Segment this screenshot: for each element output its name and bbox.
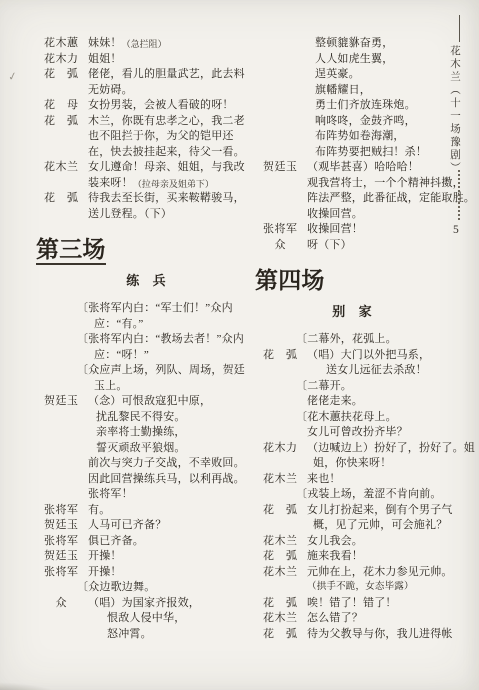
- dialogue-line: 响咚咚，金鼓齐鸣，: [263, 114, 455, 130]
- dialogue-line: 布阵势如卷海潮，: [263, 129, 455, 145]
- stage-direction: 〔二幕外，花弧上。: [263, 332, 455, 348]
- dialogue-line: 布阵势要把贼扫！杀！: [263, 145, 455, 161]
- speaker-name: 贺廷玉: [44, 518, 88, 534]
- speaker-name: 花 弧: [263, 596, 307, 612]
- speaker-name: 花木兰: [263, 565, 307, 581]
- line-text: （唱）大门以外把马系，: [307, 349, 430, 361]
- stage-direction: 〔众应声上场，列队、周场，贺廷: [44, 363, 262, 379]
- line-text: 旗幡耀日，: [315, 84, 371, 96]
- speaker-name: 花 弧: [44, 191, 88, 207]
- line-text: 〔众应声上场，列队、周场，贺廷: [77, 364, 245, 376]
- line-text: 〔二幕外，花弧上。: [296, 333, 397, 345]
- scene-subtitle: 练 兵: [44, 270, 248, 292]
- dialogue-line: 贺廷玉（观毕甚喜）哈哈哈！: [263, 160, 455, 176]
- line-text: 佬佬，看儿的胆量武艺，此去料: [88, 68, 245, 80]
- line-text: 也不阻拦于你，为父的铠甲还: [88, 130, 234, 142]
- line-text: 人马可已齐备？: [88, 519, 166, 531]
- line-text: 装来呀！: [88, 177, 133, 189]
- dialogue-line: 花 弧待我去至长街，买来鞍鞯骏马，: [44, 191, 262, 207]
- scene-heading: 第三场: [36, 235, 262, 265]
- line-text: 观我营将士，一个个精神抖擞，: [307, 177, 464, 189]
- speaker-name: 贺廷玉: [44, 394, 88, 410]
- dialogue-line: 花木兰女儿遵命！母亲、姐姐，与我改: [44, 160, 262, 176]
- scene-subtitle: 别 家: [263, 301, 441, 323]
- line-text: （念）可恨敌寇犯中原，: [88, 395, 211, 407]
- line-text: 练 兵: [126, 273, 166, 288]
- speaker-name: 花木兰: [263, 534, 307, 550]
- dialogue-line: 在，快去披挂起来，待父一看。: [44, 145, 262, 161]
- dialogue-line: 逞英豪。: [263, 67, 455, 83]
- dialogue-line: 贺廷玉（念）可恨敌寇犯中原，: [44, 394, 262, 410]
- stage-direction: 〔二幕开。: [263, 379, 455, 395]
- speaker-name: 贺廷玉: [263, 160, 307, 176]
- line-text: （拱手不跪，女态毕露）: [307, 582, 414, 592]
- stage-direction: 姐，你快来呀！: [263, 456, 455, 472]
- line-text: 恨敌人侵中华，: [107, 612, 185, 624]
- speaker-name: 花木兰: [44, 160, 88, 176]
- dialogue-line: 张将军开操！: [44, 565, 262, 581]
- speaker-name: 众: [44, 596, 88, 612]
- dialogue-line: 贺廷玉人马可已齐备？: [44, 518, 262, 534]
- line-text: 待为父教导与你，我儿进得帐: [307, 628, 453, 640]
- dialogue-line: 恨敌人侵中华，: [44, 611, 262, 627]
- line-text: 无妨碍。: [88, 84, 133, 96]
- dialogue-line: 也不阻拦于你，为父的铠甲还: [44, 129, 262, 145]
- line-text: 送儿登程。（下）: [88, 208, 172, 220]
- speaker-name: 花 弧: [263, 348, 307, 364]
- dialogue-line: 花 母女扮男装，会被人看破的呀！: [44, 98, 262, 114]
- line-text: 〔张将军内白：“教场去者！”众内: [77, 333, 244, 345]
- line-text: 别 家: [332, 304, 372, 319]
- line-text: 誓灭顽敌平狼烟。: [96, 442, 186, 454]
- scene-heading: 第四场: [255, 266, 455, 296]
- line-text: 应：“呀！”: [94, 349, 149, 361]
- line-text: 第四场: [255, 268, 325, 293]
- line-text: 前次与突力子交战，不幸败回。: [88, 457, 245, 469]
- dialogue-line: 阵法严整，此番征战，定能取胜。: [263, 191, 455, 207]
- line-text: 布阵势要把贼扫！杀！: [315, 146, 427, 158]
- speaker-name: 张将军: [263, 222, 307, 238]
- line-text: 施来我看！: [307, 550, 363, 562]
- dialogue-line: 花 弧佬佬，看儿的胆量武艺，此去料: [44, 67, 262, 83]
- dialogue-line: 花木蕙妹妹！（急拦阻）: [44, 36, 262, 52]
- right-column: 整顿貔貅奋勇，人人如虎生翼，逞英豪。旗幡耀日，勇士们齐放连珠炮。响咚咚，金鼓齐鸣…: [263, 36, 455, 642]
- dialogue-line: 花木兰元帅在上，花木力参见元帅。: [263, 565, 455, 581]
- line-text: 整顿貔貅奋勇，: [315, 37, 393, 49]
- line-text: 元帅在上，花木力参见元帅。: [307, 566, 453, 578]
- dialogue-line: 花 弧女儿打扮起来，倒有个男子气: [263, 503, 455, 519]
- dialogue-line: 扰乱黎民不得安。: [44, 410, 262, 426]
- line-text: 逞英豪。: [315, 68, 360, 80]
- speaker-name: 花木兰: [263, 611, 307, 627]
- line-text: 女扮男装，会被人看破的呀！: [88, 99, 234, 111]
- speaker-name: 花木蕙: [44, 36, 88, 52]
- speaker-name: 张将军: [44, 503, 88, 519]
- line-text: 亲率将士勤操练，: [96, 426, 186, 438]
- line-text: 第三场: [36, 237, 106, 265]
- stage-direction: 概，见了元帅，可会施礼？: [263, 518, 455, 534]
- stage-note: （急拦阻）: [122, 39, 167, 49]
- speaker-name: 花 弧: [263, 503, 307, 519]
- speaker-name: 花木力: [44, 52, 88, 68]
- dialogue-line: 送女儿远征去杀敌！: [263, 363, 455, 379]
- line-text: 阵法严整，此番征战，定能取胜。: [307, 192, 475, 204]
- dialogue-line: 怒冲霄。: [44, 627, 262, 643]
- line-text: 人人如虎生翼，: [315, 53, 393, 65]
- line-text: 收操回营。: [307, 208, 363, 220]
- line-text: 有。: [88, 504, 110, 516]
- dialogue-line: 人人如虎生翼，: [263, 52, 455, 68]
- left-column: 花木蕙妹妹！（急拦阻）花木力姐姐！花 弧佬佬，看儿的胆量武艺，此去料无妨碍。花 …: [44, 36, 262, 642]
- line-text: 怒冲霄。: [107, 628, 152, 640]
- line-text: 姐姐！: [88, 53, 122, 65]
- page-number: 5: [453, 224, 459, 236]
- speaker-name: 花木兰: [263, 472, 307, 488]
- speaker-name: 花 弧: [263, 549, 307, 565]
- line-text: （唱）为国家齐报效，: [88, 597, 200, 609]
- speaker-name: 花 弧: [263, 627, 307, 643]
- stage-direction: 应：“呀！”: [44, 348, 262, 364]
- speaker-name: 花 弧: [44, 114, 88, 130]
- dialogue-line: 张将军俱已齐备。: [44, 534, 262, 550]
- stage-note-line: （拱手不跪，女态毕露）: [263, 580, 455, 596]
- line-text: 女儿打扮起来，倒有个男子气: [307, 504, 453, 516]
- dialogue-line: 女儿可曾改扮齐毕？: [263, 425, 455, 441]
- dialogue-line: 花 弧待为父教导与你，我儿进得帐: [263, 627, 455, 643]
- sidebar-running-title: 花木兰（十一场豫剧）: [447, 45, 462, 175]
- dialogue-line: 张将军！: [44, 487, 262, 503]
- line-text: 在，快去披挂起来，待父一看。: [88, 146, 245, 158]
- dotted-leader: [458, 170, 460, 220]
- stage-direction: 〔花木蕙扶花母上。: [263, 410, 455, 426]
- speaker-name: 众: [263, 238, 307, 254]
- line-text: 俱已齐备。: [88, 535, 144, 547]
- dialogue-line: 无妨碍。: [44, 83, 262, 99]
- line-text: 响咚咚，金鼓齐鸣，: [315, 115, 416, 127]
- speaker-name: 张将军: [44, 565, 88, 581]
- line-text: 姐，你快来呀！: [313, 457, 391, 469]
- margin-rule: [459, 15, 460, 42]
- dialogue-line: 花 弧施来我看！: [263, 549, 455, 565]
- line-text: 〔众边歌边舞。: [77, 581, 155, 593]
- line-text: 来也！: [307, 473, 341, 485]
- line-text: 待我去至长街，买来鞍鞯骏马，: [88, 192, 245, 204]
- line-text: 开操！: [88, 566, 122, 578]
- dialogue-line: 前次与突力子交战，不幸败回。: [44, 456, 262, 472]
- dialogue-line: 佬佬走来。: [263, 394, 455, 410]
- line-text: （边喊边上）扮好了，扮好了。姐: [307, 442, 475, 454]
- line-text: 〔张将军内白：“军士们！”众内: [77, 302, 233, 314]
- line-text: 扰乱黎民不得安。: [96, 411, 186, 423]
- stage-direction: 〔张将军内白：“教场去者！”众内: [44, 332, 262, 348]
- line-text: 木兰，你既有忠孝之心，我二老: [88, 115, 245, 127]
- line-text: 唉！错了！错了！: [307, 597, 397, 609]
- line-text: 开操！: [88, 550, 122, 562]
- dialogue-line: 张将军收操回营！: [263, 222, 455, 238]
- line-text: 佬佬走来。: [307, 395, 363, 407]
- dialogue-line: 旗幡耀日，: [263, 83, 455, 99]
- dialogue-line: 花木兰来也！: [263, 472, 455, 488]
- line-text: 〔戎装上场，羞涩不肯向前。: [296, 488, 442, 500]
- speaker-name: 花 弧: [44, 67, 88, 83]
- scan-smudge: [0, 682, 64, 690]
- dialogue-line: 花木兰怎么错了？: [263, 611, 455, 627]
- dialogue-line: 张将军有。: [44, 503, 262, 519]
- line-text: 妹妹！: [88, 37, 122, 49]
- speaker-name: 花 母: [44, 98, 88, 114]
- speaker-name: 贺廷玉: [44, 549, 88, 565]
- line-text: 收操回营！: [307, 223, 363, 235]
- book-page: ✓ 花木蕙妹妹！（急拦阻）花木力姐姐！花 弧佬佬，看儿的胆量武艺，此去料无妨碍。…: [0, 0, 479, 690]
- dialogue-line: 花 弧木兰，你既有忠孝之心，我二老: [44, 114, 262, 130]
- dialogue-line: 誓灭顽敌平狼烟。: [44, 441, 262, 457]
- line-text: 女儿可曾改扮齐毕？: [307, 426, 408, 438]
- stage-direction: 〔众边歌边舞。: [44, 580, 262, 596]
- stage-direction: 〔戎装上场，羞涩不肯向前。: [263, 487, 455, 503]
- dialogue-line: 装来呀！（拉母亲及姐弟下）: [44, 176, 262, 192]
- dialogue-line: 观我营将士，一个个精神抖擞，: [263, 176, 455, 192]
- stage-direction: 应：“有。”: [44, 317, 262, 333]
- dialogue-line: 众呀（下）: [263, 238, 455, 254]
- dialogue-line: 花木兰女儿我会。: [263, 534, 455, 550]
- line-text: 呀（下）: [307, 239, 352, 251]
- pencil-mark: ✓: [7, 69, 19, 84]
- line-text: 张将军！: [88, 488, 133, 500]
- dialogue-line: 花木力姐姐！: [44, 52, 262, 68]
- stage-note: （拉母亲及姐弟下）: [133, 179, 214, 189]
- stage-direction: 〔张将军内白：“军士们！”众内: [44, 301, 262, 317]
- line-text: 〔二幕开。: [296, 380, 352, 392]
- dialogue-line: 因此回营操练兵马，以利再战。: [44, 472, 262, 488]
- dialogue-line: 花木力（边喊边上）扮好了，扮好了。姐: [263, 441, 455, 457]
- line-text: 勇士们齐放连珠炮。: [315, 99, 416, 111]
- speaker-name: 花木力: [263, 441, 307, 457]
- line-text: 〔花木蕙扶花母上。: [296, 411, 397, 423]
- line-text: 玉上。: [94, 380, 128, 392]
- dialogue-line: 花 弧唉！错了！错了！: [263, 596, 455, 612]
- dialogue-line: 收操回营。: [263, 207, 455, 223]
- speaker-name: 张将军: [44, 534, 88, 550]
- dialogue-line: 送儿登程。（下）: [44, 207, 262, 223]
- line-text: 女儿遵命！母亲、姐姐，与我改: [88, 161, 245, 173]
- line-text: 概，见了元帅，可会施礼？: [313, 519, 447, 531]
- line-text: 送女儿远征去杀敌！: [326, 364, 427, 376]
- dialogue-line: 亲率将士勤操练，: [44, 425, 262, 441]
- dialogue-line: 贺廷玉开操！: [44, 549, 262, 565]
- line-text: 布阵势如卷海潮，: [315, 130, 405, 142]
- dialogue-line: 勇士们齐放连珠炮。: [263, 98, 455, 114]
- line-text: 应：“有。”: [94, 318, 143, 330]
- line-text: 女儿我会。: [307, 535, 363, 547]
- line-text: 因此回营操练兵马，以利再战。: [88, 473, 245, 485]
- dialogue-line: 众（唱）为国家齐报效，: [44, 596, 262, 612]
- dialogue-line: 花 弧（唱）大门以外把马系，: [263, 348, 455, 364]
- line-text: （观毕甚喜）哈哈哈！: [307, 161, 419, 173]
- line-text: 怎么错了？: [307, 612, 363, 624]
- dialogue-line: 整顿貔貅奋勇，: [263, 36, 455, 52]
- stage-direction: 玉上。: [44, 379, 262, 395]
